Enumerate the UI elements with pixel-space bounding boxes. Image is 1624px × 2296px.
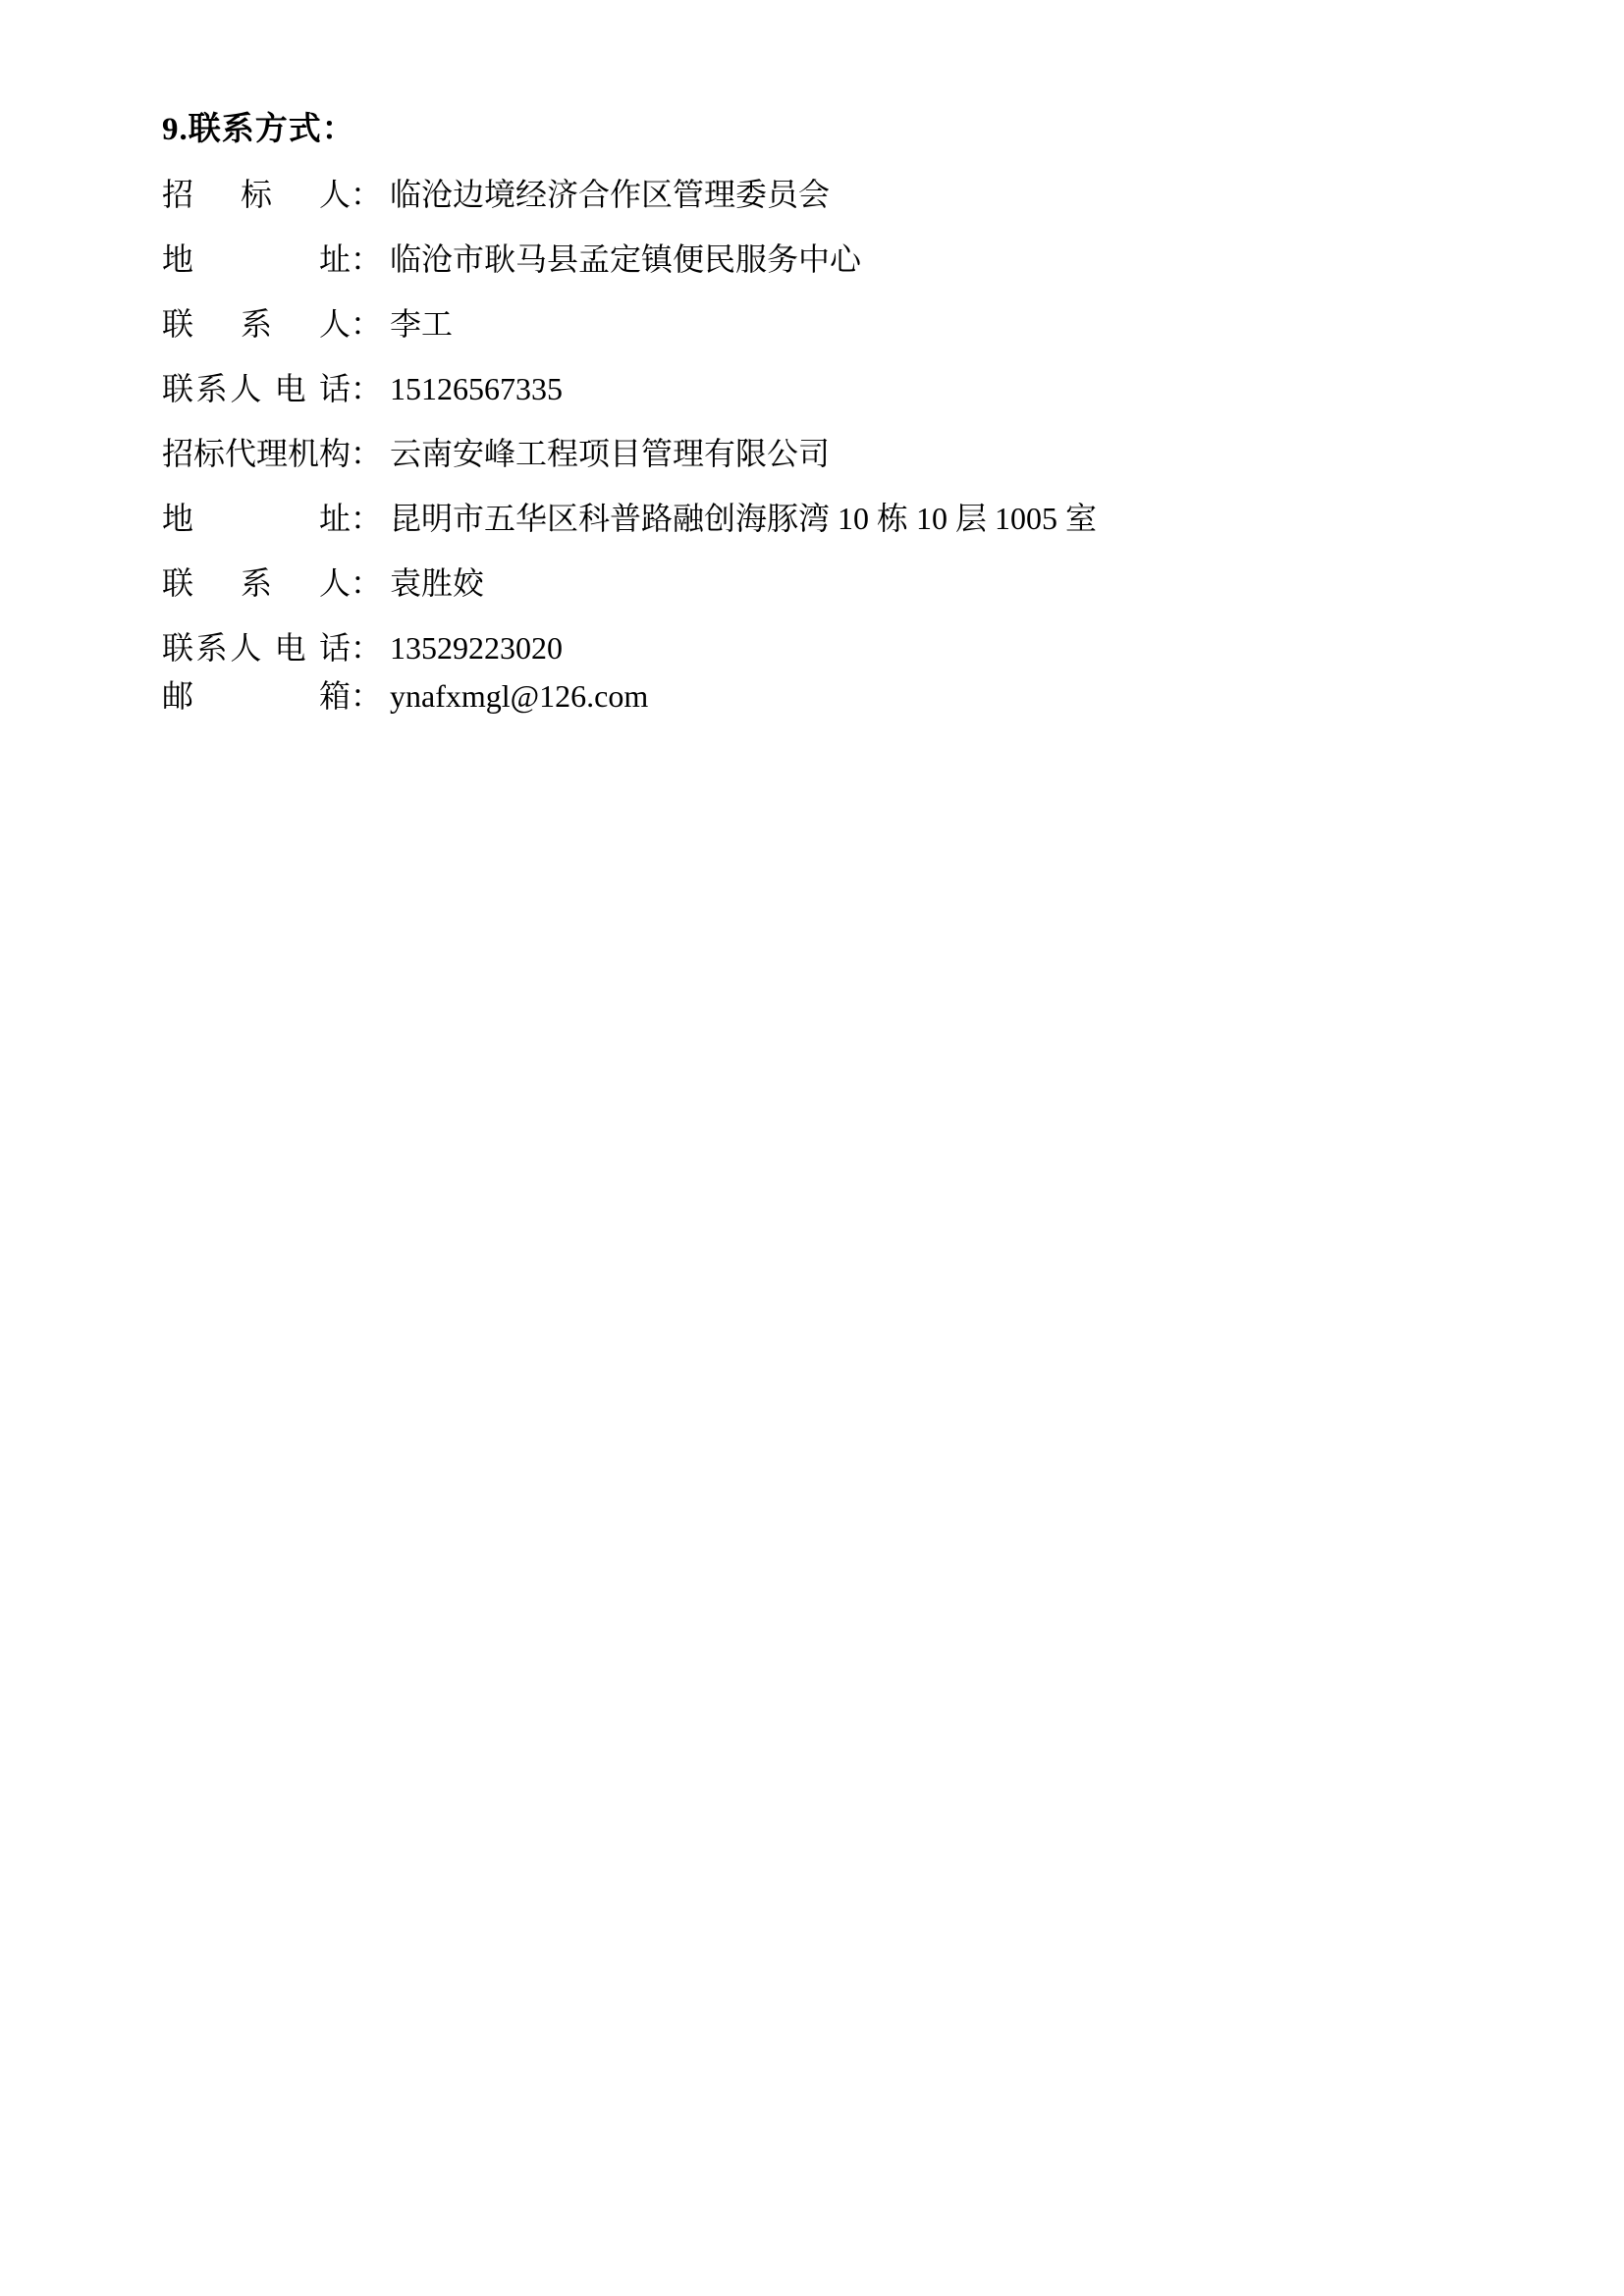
label-colon: ： — [351, 566, 384, 601]
contact-row: 地 址：昆明市五华区科普路融创海豚湾 10 栋 10 层 1005 室 — [162, 502, 1488, 536]
field-label: 联 系 人 — [162, 307, 351, 342]
contact-section: 9.联系方式： 招 标 人：临沧边境经济合作区管理委员会地 址：临沧市耿马县孟定… — [162, 110, 1488, 714]
section-heading: 9.联系方式： — [162, 110, 1488, 149]
contact-row: 邮 箱：ynafxmgl@126.com — [162, 679, 1488, 714]
contact-row: 联系人 电 话：13529223020 — [162, 631, 1488, 666]
field-value: ynafxmgl@126.com — [390, 679, 648, 714]
contact-row: 联 系 人：袁胜姣 — [162, 566, 1488, 601]
field-value: 13529223020 — [390, 631, 563, 666]
field-value: 云南安峰工程项目管理有限公司 — [390, 437, 830, 471]
label-colon: ： — [351, 631, 384, 666]
field-label: 地 址 — [162, 242, 351, 277]
contact-row: 联 系 人：李工 — [162, 307, 1488, 342]
contact-row: 招 标 人：临沧边境经济合作区管理委员会 — [162, 178, 1488, 212]
field-value: 李工 — [390, 307, 453, 342]
field-label: 邮 箱 — [162, 679, 351, 714]
field-value: 临沧市耿马县孟定镇便民服务中心 — [390, 242, 861, 277]
label-colon: ： — [351, 502, 384, 536]
field-label: 联 系 人 — [162, 566, 351, 601]
contact-rows: 招 标 人：临沧边境经济合作区管理委员会地 址：临沧市耿马县孟定镇便民服务中心联… — [162, 178, 1488, 714]
field-label: 联系人 电 话 — [162, 631, 351, 666]
label-colon: ： — [351, 178, 384, 212]
contact-row: 招标代理机构：云南安峰工程项目管理有限公司 — [162, 437, 1488, 471]
field-label: 地 址 — [162, 502, 351, 536]
field-value: 15126567335 — [390, 372, 563, 406]
label-colon: ： — [351, 372, 384, 406]
contact-row: 联系人 电 话：15126567335 — [162, 372, 1488, 406]
field-value: 昆明市五华区科普路融创海豚湾 10 栋 10 层 1005 室 — [390, 502, 1097, 536]
label-colon: ： — [351, 679, 384, 714]
field-label: 招标代理机构 — [162, 437, 351, 471]
label-colon: ： — [351, 437, 384, 471]
contact-row: 地 址：临沧市耿马县孟定镇便民服务中心 — [162, 242, 1488, 277]
field-label: 招 标 人 — [162, 178, 351, 212]
field-value: 临沧边境经济合作区管理委员会 — [390, 178, 830, 212]
field-value: 袁胜姣 — [390, 566, 484, 601]
label-colon: ： — [351, 307, 384, 342]
field-label: 联系人 电 话 — [162, 372, 351, 406]
label-colon: ： — [351, 242, 384, 277]
document-page: 9.联系方式： 招 标 人：临沧边境经济合作区管理委员会地 址：临沧市耿马县孟定… — [0, 0, 1624, 2296]
